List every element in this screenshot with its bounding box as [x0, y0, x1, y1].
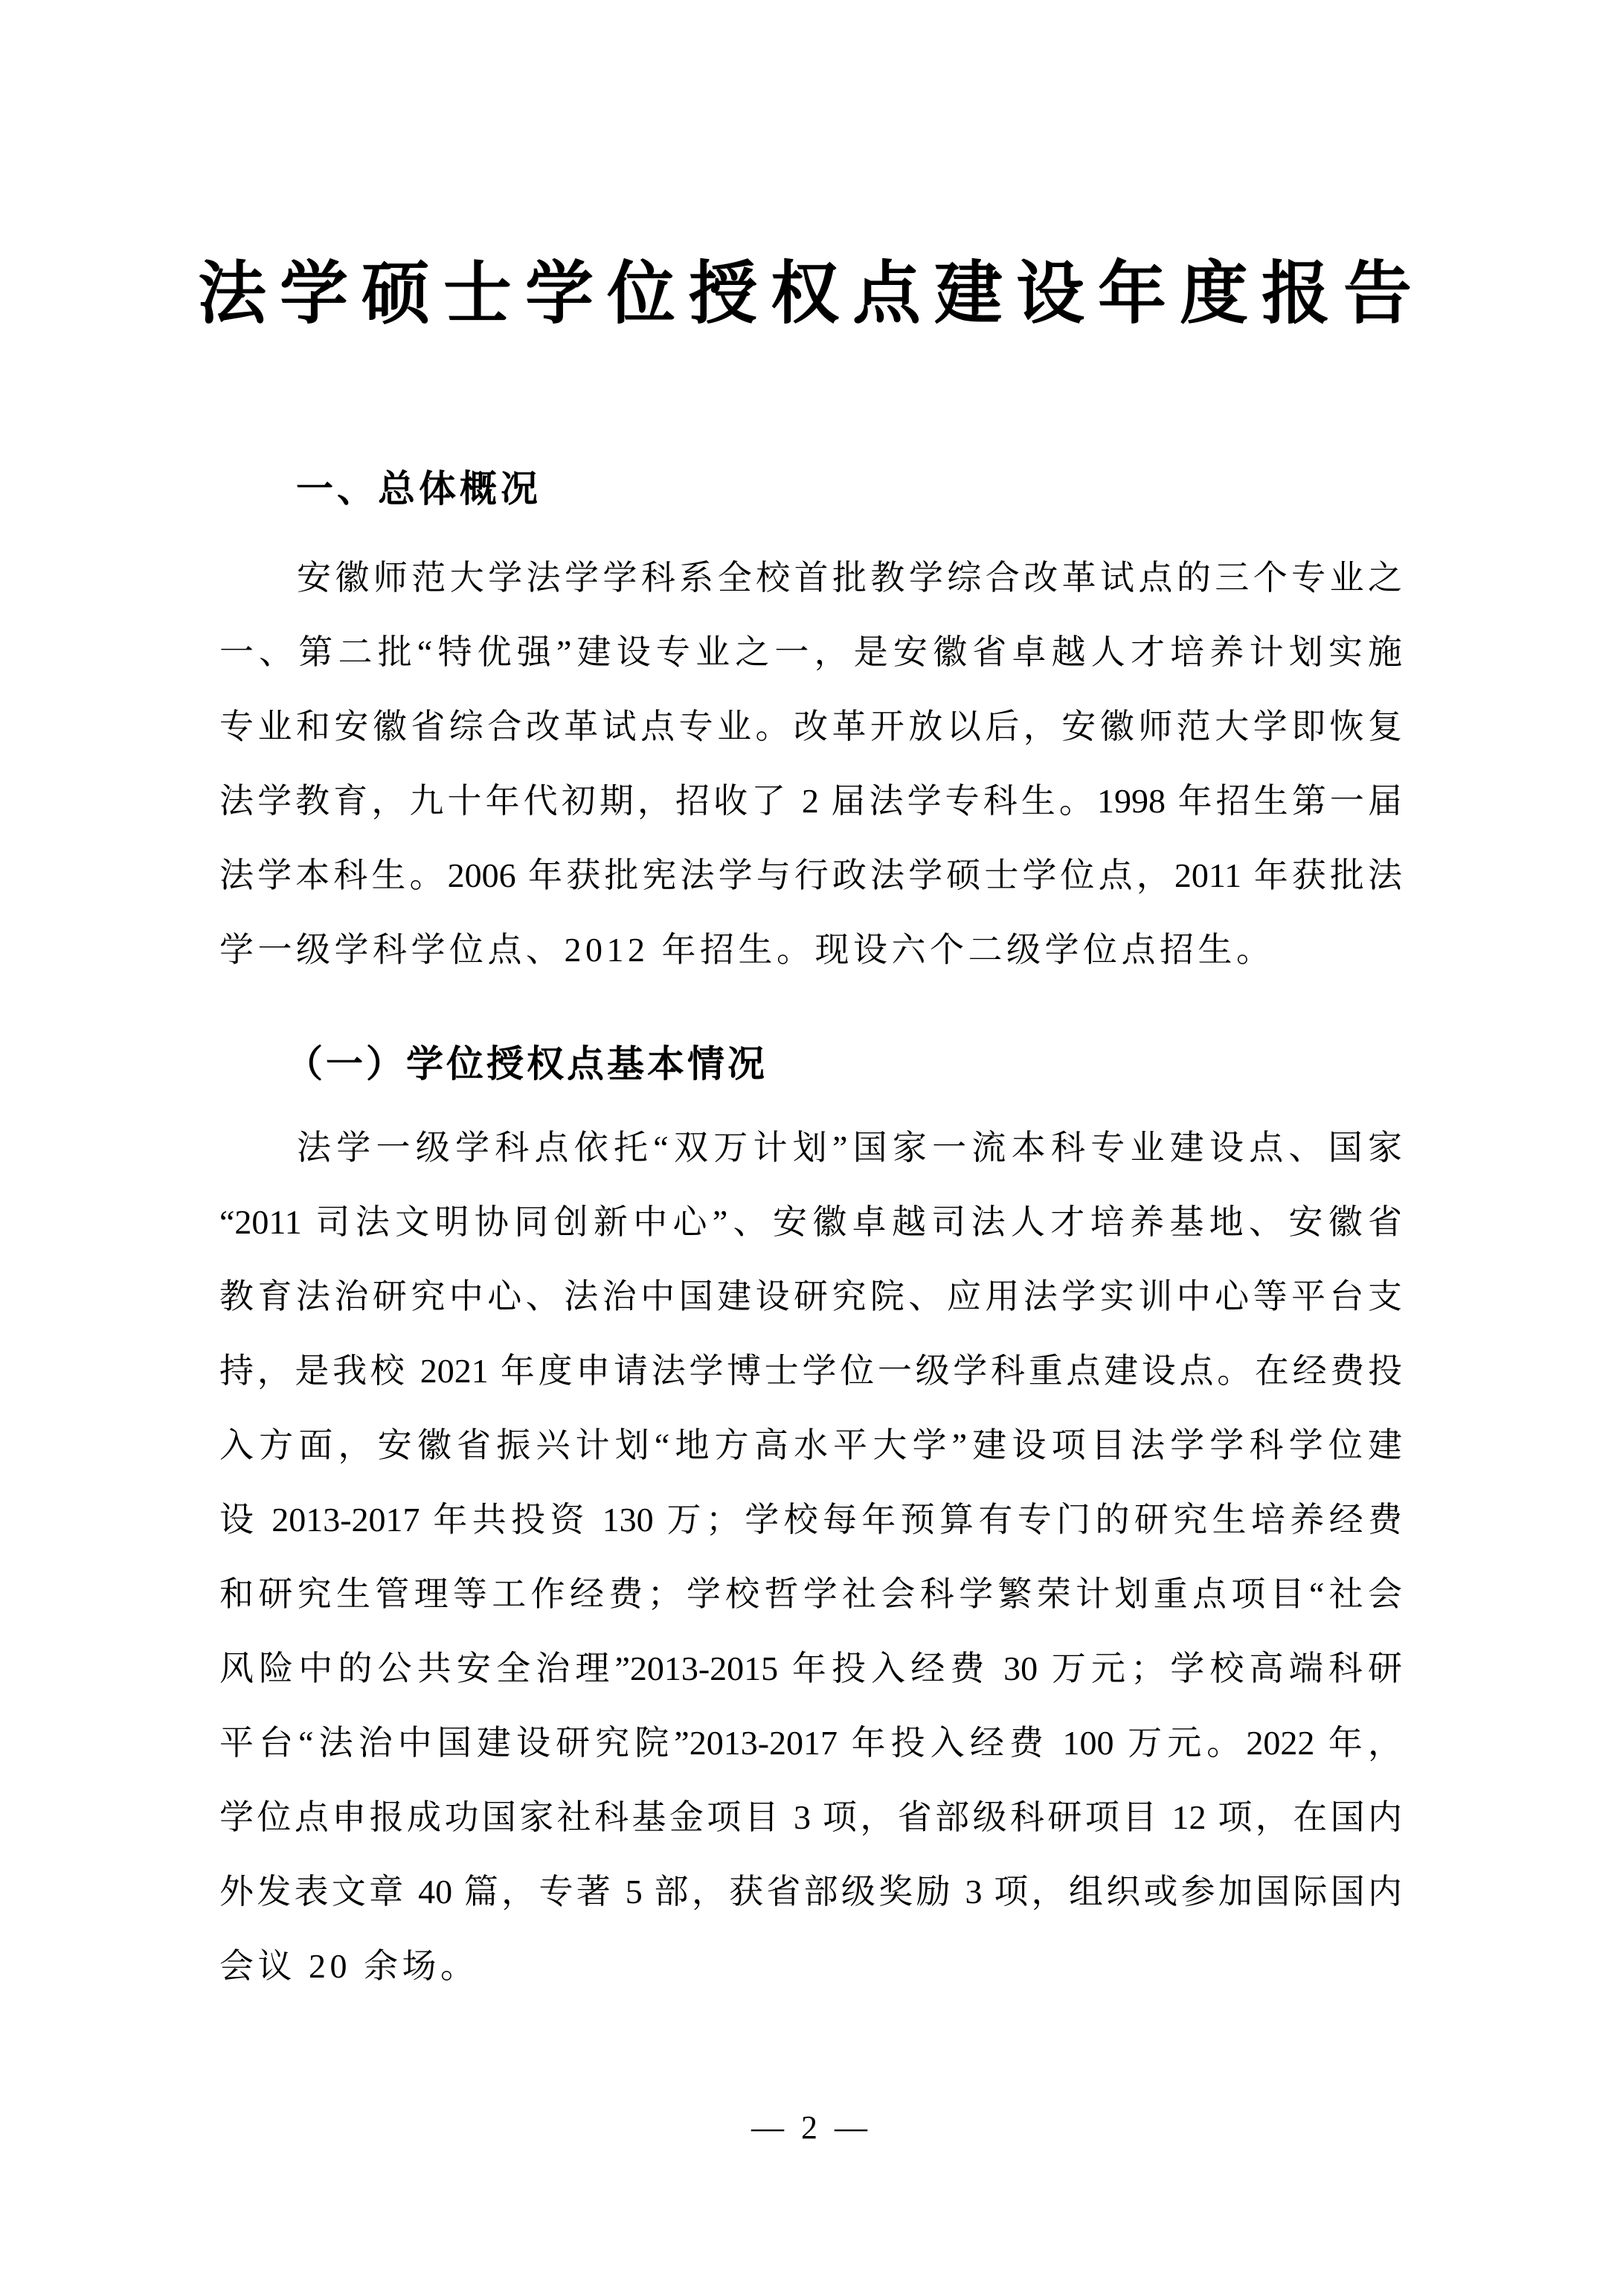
paragraph-line: 学位点申报成功国家社科基金项目 3 项，省部级科研项目 12 项，在国内 — [219, 1780, 1402, 1855]
paragraph-line: 和研究生管理等工作经费；学校哲学社会科学繁荣计划重点项目“社会 — [219, 1557, 1402, 1632]
paragraph-line: 风险中的公共安全治理”2013-2015 年投入经费 30 万元；学校高端科研 — [219, 1632, 1402, 1706]
paragraph-line: 安徽师范大学法学学科系全校首批教学综合改革试点的三个专业之 — [219, 541, 1402, 615]
paragraph-overview: 安徽师范大学法学学科系全校首批教学综合改革试点的三个专业之 一、第二批“特优强”… — [219, 541, 1402, 987]
page-number-footer: — 2 — — [0, 2107, 1623, 2149]
paragraph-line: 外发表文章 40 篇，专著 5 部，获省部级奖励 3 项，组织或参加国际国内 — [219, 1855, 1402, 1929]
paragraph-line: 专业和安徽省综合改革试点专业。改革开放以后，安徽师范大学即恢复 — [219, 690, 1402, 764]
paragraph-line: 平台“法治中国建设研究院”2013-2017 年投入经费 100 万元。2022… — [219, 1706, 1402, 1780]
paragraph-line: 入方面，安徽省振兴计划“地方高水平大学”建设项目法学学科学位建 — [219, 1408, 1402, 1483]
paragraph-line: 持，是我校 2021 年度申请法学博士学位一级学科重点建设点。在经费投 — [219, 1334, 1402, 1408]
section-heading-overview: 一、总体概况 — [296, 469, 541, 509]
paragraph-basic-situation: 法学一级学科点依托“双万计划”国家一流本科专业建设点、国家 “2011 司法文明… — [219, 1111, 1402, 2004]
paragraph-line: 教育法治研究中心、法治中国建设研究院、应用法学实训中心等平台支 — [219, 1260, 1402, 1334]
paragraph-line: 法学教育，九十年代初期，招收了 2 届法学专科生。1998 年招生第一届 — [219, 764, 1402, 838]
subsection-heading-basic-situation: （一）学位授权点基本情况 — [286, 1044, 768, 1084]
paragraph-line: 法学一级学科点依托“双万计划”国家一流本科专业建设点、国家 — [219, 1111, 1402, 1185]
document-title: 法学硕士学位授权点建设年度报告 — [0, 258, 1623, 330]
paragraph-line: 法学本科生。2006 年获批宪法学与行政法学硕士学位点，2011 年获批法 — [219, 838, 1402, 913]
paragraph-line: 一、第二批“特优强”建设专业之一，是安徽省卓越人才培养计划实施 — [219, 615, 1402, 690]
paragraph-line: 会议 20 余场。 — [219, 1929, 1402, 2004]
paragraph-line: “2011 司法文明协同创新中心”、安徽卓越司法人才培养基地、安徽省 — [219, 1185, 1402, 1260]
paragraph-line: 学一级学科学位点、2012 年招生。现设六个二级学位点招生。 — [219, 913, 1402, 987]
document-page: 法学硕士学位授权点建设年度报告 一、总体概况 安徽师范大学法学学科系全校首批教学… — [0, 0, 1623, 2296]
paragraph-line: 设 2013-2017 年共投资 130 万；学校每年预算有专门的研究生培养经费 — [219, 1483, 1402, 1557]
